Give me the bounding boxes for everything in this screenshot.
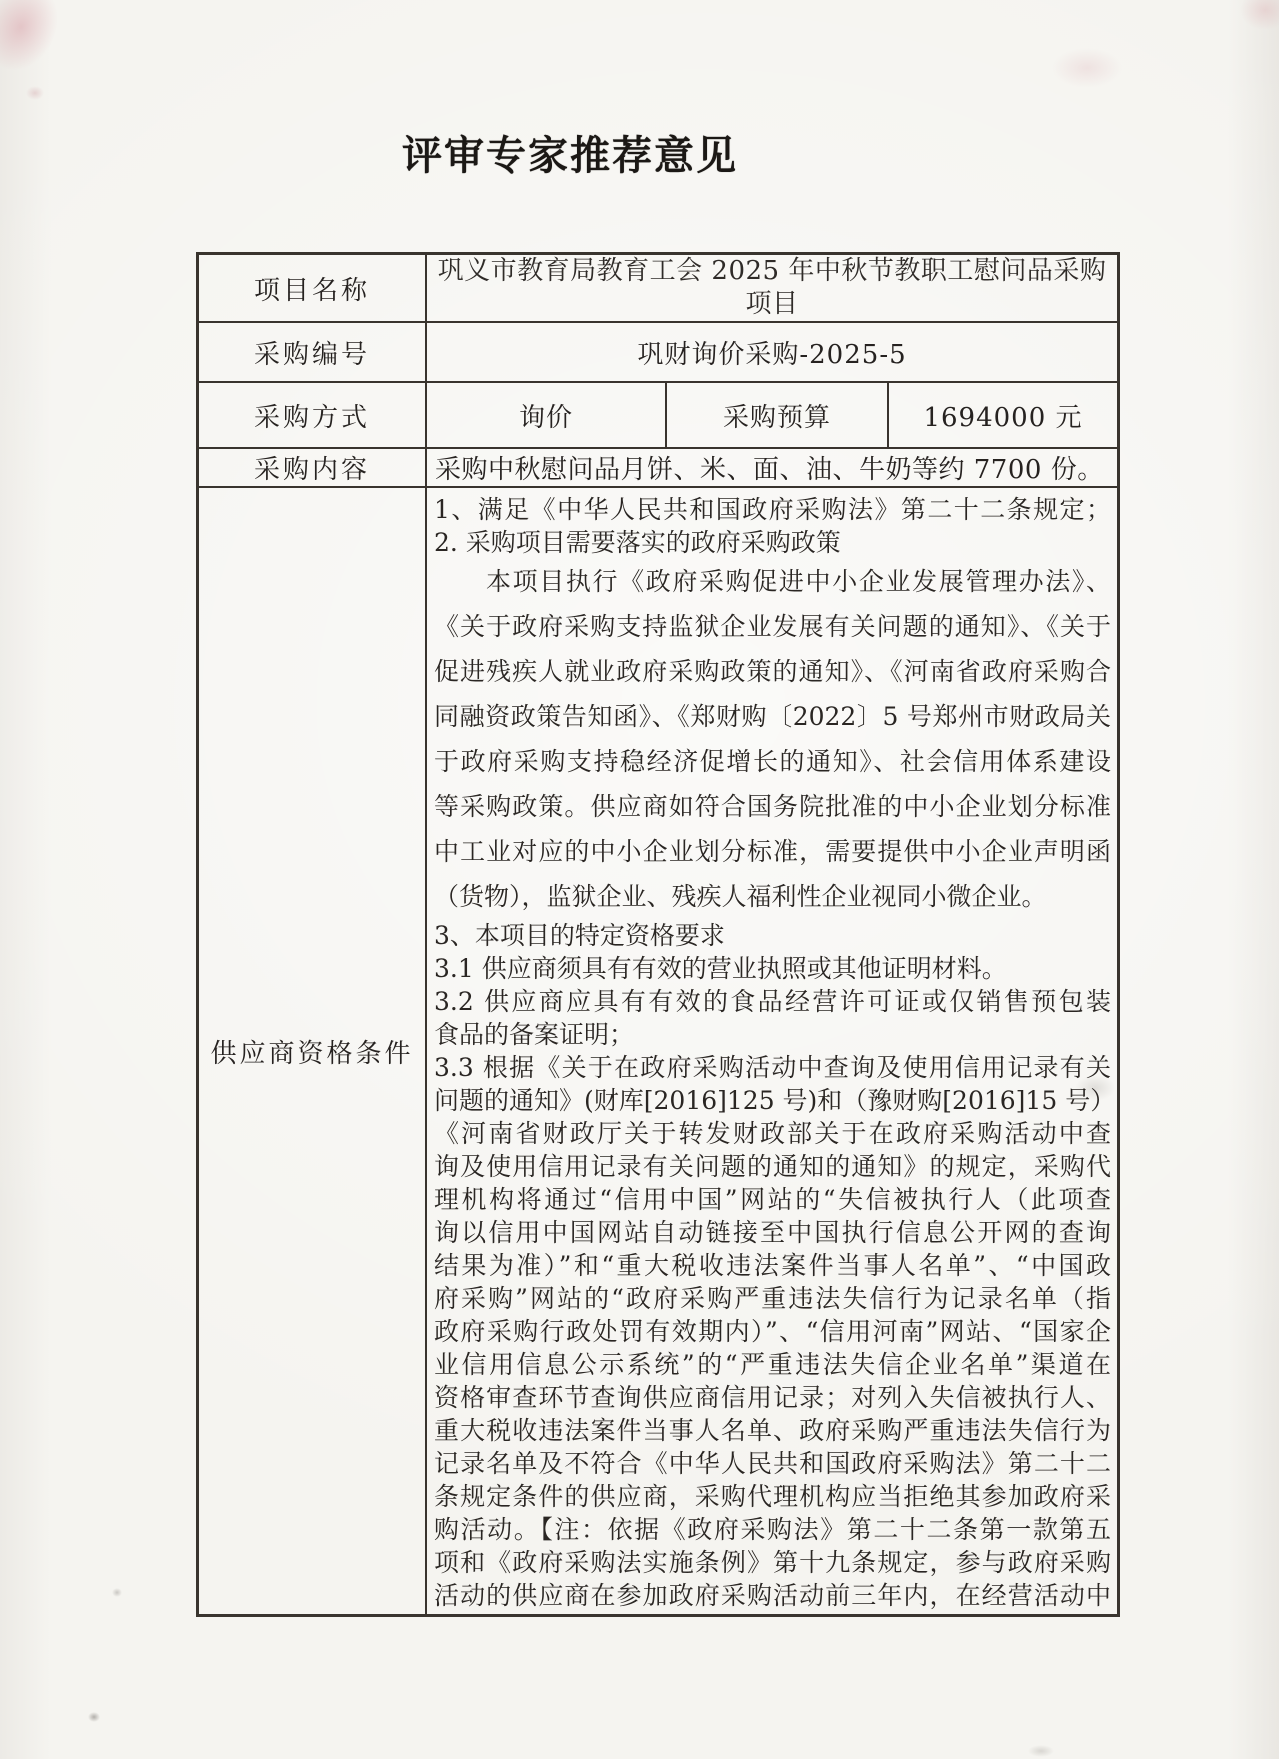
project-name-value: 巩义市教育局教育工会 2025 年中秋节教职工慰问品采购项目 [427,255,1117,321]
qualification-line: 结果为准）”和“重大税收违法案件当事人名单”、“中国政 [434,1249,1111,1282]
qualification-line: 中工业对应的中小企业划分标准，需要提供中小企业声明函 [434,829,1111,874]
qualification-label: 供应商资格条件 [199,488,427,1614]
content-label: 采购内容 [199,449,427,488]
qualification-block: 本项目执行《政府采购促进中小企业发展管理办法》、 《关于政府采购支持监狱企业发展… [434,559,1111,919]
qualification-line: 3.2 供应商应具有有效的食品经营许可证或仅销售预包装 [434,985,1111,1018]
scan-speck [88,1712,100,1722]
project-name-label: 项目名称 [199,255,427,323]
budget-label: 采购预算 [667,383,889,447]
qualification-line: 同融资政策告知函》、《郑财购〔2022〕5 号郑州市财政局关 [434,694,1111,739]
qualification-line: 记录名单及不符合《中华人民共和国政府采购法》第二十二 [434,1447,1111,1480]
qualification-block: 3、本项目的特定资格要求 3.1 供应商须具有有效的营业执照或其他证明材料。 3… [434,919,1111,1612]
qualification-line: 1、满足《中华人民共和国政府采购法》第二十二条规定； [434,493,1111,526]
qualification-line: 《关于政府采购支持监狱企业发展有关问题的通知》、《关于 [434,604,1111,649]
qualification-line: 2. 采购项目需要落实的政府采购政策 [434,526,1111,559]
qualification-line: 3.3 根据《关于在政府采购活动中查询及使用信用记录有关 [434,1051,1111,1084]
procurement-no-label: 采购编号 [199,323,427,383]
procurement-no-value: 巩财询价采购-2025-5 [427,323,1117,383]
qualification-line: 食品的备案证明； [434,1018,1111,1051]
qualification-line: 购活动。【注：依据《政府采购法》第二十二条第一款第五 [434,1513,1111,1546]
qualification-line: 业信用信息公示系统”的“严重违法失信企业名单”渠道在 [434,1348,1111,1381]
qualification-cell: 1、满足《中华人民共和国政府采购法》第二十二条规定； 2. 采购项目需要落实的政… [427,488,1117,1614]
qualification-line: 促进残疾人就业政府采购政策的通知》、《河南省政府采购合 [434,649,1111,694]
qualification-line: 活动的供应商在参加政府采购活动前三年内，在经营活动中 [434,1579,1111,1612]
scan-smudge [26,86,44,100]
qualification-line: 问题的通知》(财库[2016]125 号)和（豫财购[2016]15 号） [434,1084,1111,1117]
qualification-line: 3、本项目的特定资格要求 [434,919,1111,952]
qualification-line: 于政府采购支持稳经济促增长的通知》、社会信用体系建设 [434,739,1111,784]
qualification-line: 资格审查环节查询供应商信用记录；对列入失信被执行人、 [434,1381,1111,1414]
budget-value: 1694000 元 [889,383,1117,447]
qualification-line: 重大税收违法案件当事人名单、政府采购严重违法失信行为 [434,1414,1111,1447]
qualification-line: 询及使用信用记录有关问题的通知的通知》的规定，采购代 [434,1150,1111,1183]
qualification-line: 条规定条件的供应商，采购代理机构应当拒绝其参加政府采 [434,1480,1111,1513]
procurement-method-value: 询价 [427,383,667,447]
procurement-method-label: 采购方式 [199,383,427,449]
project-name-cell: 巩义市教育局教育工会 2025 年中秋节教职工慰问品采购项目 [427,255,1117,323]
review-table: 项目名称 巩义市教育局教育工会 2025 年中秋节教职工慰问品采购项目 采购编号… [196,252,1120,1617]
scan-smudge [0,0,72,83]
qualification-line: 《河南省财政厅关于转发财政部关于在政府采购活动中查 [434,1117,1111,1150]
procurement-method-row: 询价 采购预算 1694000 元 [427,383,1117,449]
qualification-line: 本项目执行《政府采购促进中小企业发展管理办法》、 [434,559,1111,604]
qualification-line: （货物），监狱企业、残疾人福利性企业视同小微企业。 [434,874,1111,919]
qualification-line: 等采购政策。供应商如符合国务院批准的中小企业划分标准 [434,784,1111,829]
qualification-block: 1、满足《中华人民共和国政府采购法》第二十二条规定； 2. 采购项目需要落实的政… [434,493,1111,559]
qualification-line: 询以信用中国网站自动链接至中国执行信息公开网的查询 [434,1216,1111,1249]
qualification-line: 3.1 供应商须具有有效的营业执照或其他证明材料。 [434,952,1111,985]
scan-smudge [1240,0,1279,30]
qualification-line: 政府采购行政处罚有效期内）”、“信用河南”网站、“国家企 [434,1315,1111,1348]
scan-speck [1028,1745,1054,1757]
content-value: 采购中秋慰问品月饼、米、面、油、牛奶等约 7700 份。 [427,449,1117,488]
scanned-page: 评审专家推荐意见 项目名称 巩义市教育局教育工会 2025 年中秋节教职工慰问品… [0,0,1279,1759]
qualification-line: 理机构将通过“信用中国”网站的“失信被执行人（此项查 [434,1183,1111,1216]
qualification-line: 项和《政府采购法实施条例》第十九条规定，参与政府采购 [434,1546,1111,1579]
scan-speck [112,1588,122,1597]
document-title: 评审专家推荐意见 [370,124,770,174]
scan-smudge [1052,48,1122,88]
qualification-line: 府采购”网站的“政府采购严重违法失信行为记录名单（指 [434,1282,1111,1315]
